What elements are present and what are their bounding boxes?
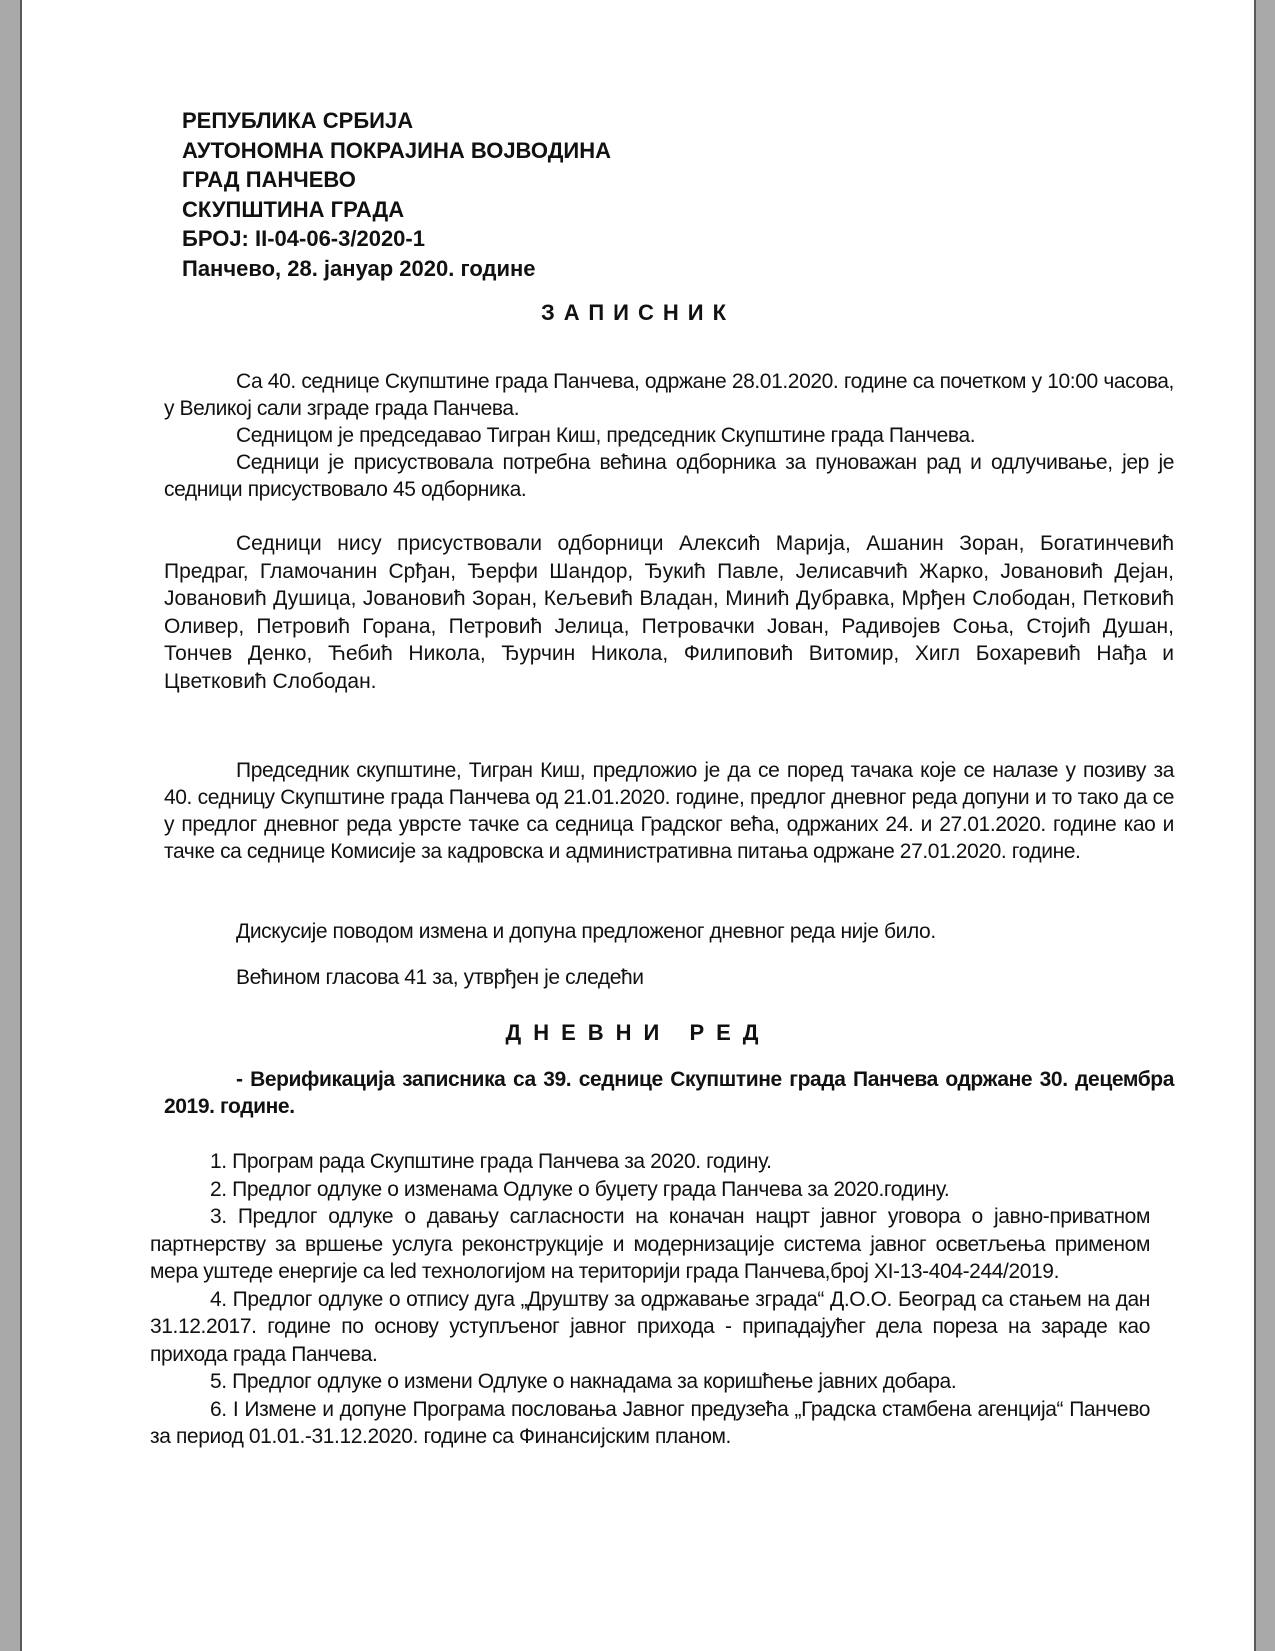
agenda-item-1: 1. Програм рада Скупштине града Панчева …: [150, 1148, 1150, 1176]
document-title: ЗАПИСНИК: [22, 300, 1254, 326]
agenda-item-5: 5. Предлог одлуке о измени Одлуке о накн…: [150, 1368, 1150, 1396]
absent-paragraph: Седници нису присуствовали одборници Але…: [164, 530, 1174, 695]
header-country: РЕПУБЛИКА СРБИЈА: [182, 106, 611, 136]
header-number: БРОЈ: II-04-06-3/2020-1: [182, 224, 611, 254]
header-assembly: СКУПШТИНА ГРАДА: [182, 195, 611, 225]
proposal-paragraph: Председник скупштине, Тигран Киш, предло…: [164, 757, 1174, 865]
agenda-item-3: 3. Предлог одлуке о давању сагласности н…: [150, 1203, 1150, 1286]
agenda-verification: - Верификација записника са 39. седнице …: [164, 1066, 1174, 1120]
agenda-title: ДНЕВНИ РЕД: [22, 1020, 1254, 1046]
intro-paragraph-2: Седницом је председавао Тигран Киш, пред…: [164, 422, 1174, 449]
discussion-section: Дискусије поводом измена и допуна предло…: [164, 918, 1174, 945]
intro-section: Са 40. седнице Скупштине града Панчева, …: [164, 368, 1174, 503]
vote-section: Већином гласова 41 за, утврђен је следећ…: [164, 964, 1174, 991]
intro-paragraph-1: Са 40. седнице Скупштине града Панчева, …: [164, 368, 1174, 422]
agenda-item-2: 2. Предлог одлуке о изменама Одлуке о бу…: [150, 1176, 1150, 1204]
document-page: РЕПУБЛИКА СРБИЈА АУТОНОМНА ПОКРАЈИНА ВОЈ…: [20, 0, 1256, 1651]
absent-section: Седници нису присуствовали одборници Але…: [164, 530, 1174, 695]
agenda-list: 1. Програм рада Скупштине града Панчева …: [150, 1148, 1150, 1451]
header-date: Панчево, 28. јануар 2020. године: [182, 254, 611, 284]
header-province: АУТОНОМНА ПОКРАЈИНА ВОЈВОДИНА: [182, 136, 611, 166]
proposal-section: Председник скупштине, Тигран Киш, предло…: [164, 757, 1174, 865]
agenda-item-6: 6. I Измене и допуне Програма пословања …: [150, 1396, 1150, 1451]
intro-paragraph-3: Седници је присуствовала потребна већина…: [164, 449, 1174, 503]
agenda-item-4: 4. Предлог одлуке о отпису дуга „Друштву…: [150, 1286, 1150, 1369]
discussion-paragraph: Дискусије поводом измена и допуна предло…: [164, 918, 1174, 945]
vote-paragraph: Већином гласова 41 за, утврђен је следећ…: [164, 964, 1174, 991]
document-header: РЕПУБЛИКА СРБИЈА АУТОНОМНА ПОКРАЈИНА ВОЈ…: [182, 106, 611, 283]
verification-paragraph: - Верификација записника са 39. седнице …: [164, 1066, 1174, 1120]
header-city: ГРАД ПАНЧЕВО: [182, 165, 611, 195]
